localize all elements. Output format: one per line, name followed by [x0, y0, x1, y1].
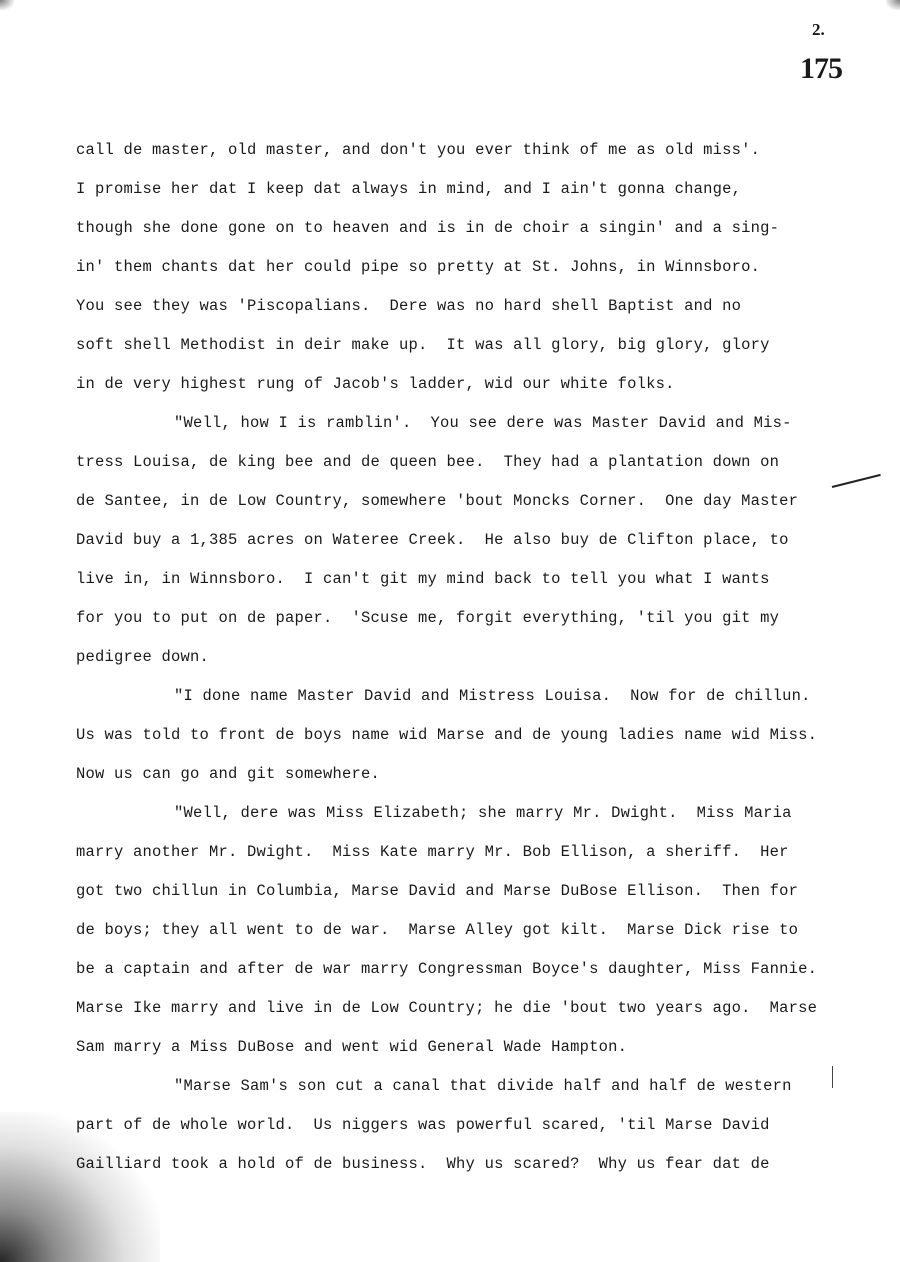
text-line: de Santee, in de Low Country, somewhere …: [76, 487, 856, 526]
text-line: "Well, how I is ramblin'. You see dere w…: [76, 409, 856, 448]
text-line: tress Louisa, de king bee and de queen b…: [76, 448, 856, 487]
paragraph: "I done name Master David and Mistress L…: [76, 682, 856, 799]
stamp-page-number: 175: [800, 52, 842, 86]
text-line: You see they was 'Piscopalians. Dere was…: [76, 292, 856, 331]
text-line: soft shell Methodist in deir make up. It…: [76, 331, 856, 370]
text-line: I promise her dat I keep dat always in m…: [76, 175, 856, 214]
paragraph: "Marse Sam's son cut a canal that divide…: [76, 1072, 856, 1189]
paragraph: call de master, old master, and don't yo…: [76, 136, 856, 409]
text-line: call de master, old master, and don't yo…: [76, 136, 856, 175]
scan-artifact-bottom-left: [0, 1112, 160, 1262]
scan-artifact-top-right: [886, 0, 900, 10]
text-line: live in, in Winnsboro. I can't git my mi…: [76, 565, 856, 604]
text-line: in de very highest rung of Jacob's ladde…: [76, 370, 856, 409]
text-line: be a captain and after de war marry Cong…: [76, 955, 856, 994]
sheet-number: 2.: [812, 20, 825, 40]
text-line: marry another Mr. Dwight. Miss Kate marr…: [76, 838, 856, 877]
text-line: "Marse Sam's son cut a canal that divide…: [76, 1072, 856, 1111]
typewritten-body: call de master, old master, and don't yo…: [76, 136, 856, 1189]
text-line: "I done name Master David and Mistress L…: [76, 682, 856, 721]
text-line: de boys; they all went to de war. Marse …: [76, 916, 856, 955]
text-line: David buy a 1,385 acres on Wateree Creek…: [76, 526, 856, 565]
pen-margin-tick: [832, 1066, 833, 1088]
paragraph: "Well, dere was Miss Elizabeth; she marr…: [76, 799, 856, 1072]
text-line: Gailliard took a hold of de business. Wh…: [76, 1150, 856, 1189]
text-line: though she done gone on to heaven and is…: [76, 214, 856, 253]
text-line: got two chillun in Columbia, Marse David…: [76, 877, 856, 916]
text-line: Us was told to front de boys name wid Ma…: [76, 721, 856, 760]
text-line: Sam marry a Miss DuBose and went wid Gen…: [76, 1033, 856, 1072]
scan-artifact-top-left: [0, 0, 14, 10]
text-line: pedigree down.: [76, 643, 856, 682]
text-line: for you to put on de paper. 'Scuse me, f…: [76, 604, 856, 643]
text-line: Now us can go and git somewhere.: [76, 760, 856, 799]
text-line: "Well, dere was Miss Elizabeth; she marr…: [76, 799, 856, 838]
text-line: part of de whole world. Us niggers was p…: [76, 1111, 856, 1150]
text-line: Marse Ike marry and live in de Low Count…: [76, 994, 856, 1033]
paragraph: "Well, how I is ramblin'. You see dere w…: [76, 409, 856, 682]
text-line: in' them chants dat her could pipe so pr…: [76, 253, 856, 292]
